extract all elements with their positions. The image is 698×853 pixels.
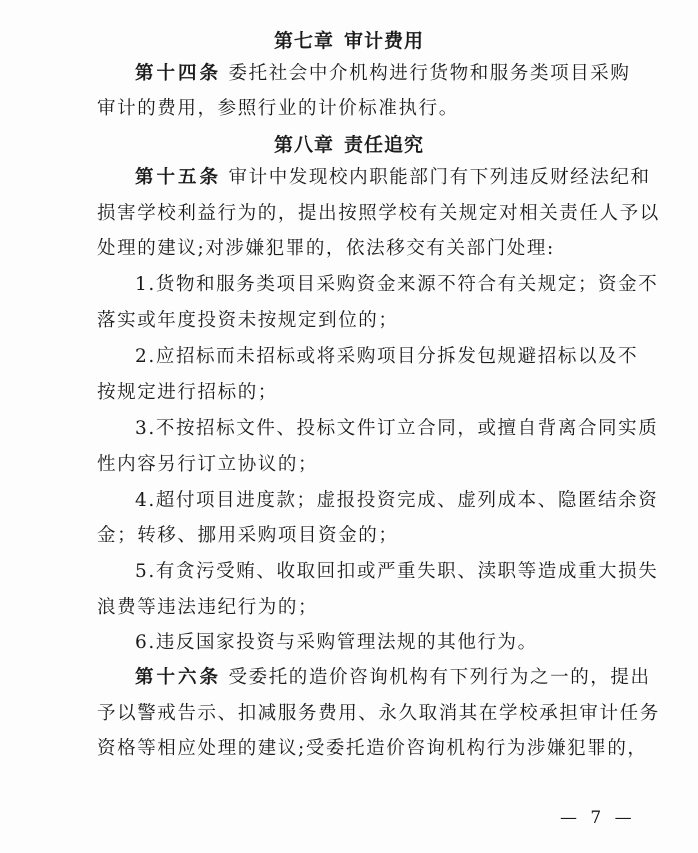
article-16-line-2: 予以警戒告示、扣减服务费用、永久取消其在学校承担审计任务	[97, 702, 657, 726]
chapter-heading-8: 第八章责任追究	[0, 130, 698, 157]
list-item-5-cont: 浪费等违法违纪行为的；	[97, 596, 657, 620]
article-text: 审计中发现校内职能部门有下列违反财经法纪和	[229, 167, 651, 188]
list-item-1: 1.货物和服务类项目采购资金来源不符合有关规定；资金不	[135, 273, 695, 297]
list-item-5: 5.有贪污受贿、收取回扣或严重失职、渎职等造成重大损失	[135, 560, 695, 584]
list-item-6: 6.违反国家投资与采购管理法规的其他行为。	[135, 631, 695, 655]
article-label: 第十五条	[135, 167, 221, 188]
list-item-3: 3.不按招标文件、投标文件订立合同，或擅自背离合同实质	[135, 417, 695, 441]
article-label: 第十六条	[135, 667, 221, 688]
article-15-line-1: 第十五条 审计中发现校内职能部门有下列违反财经法纪和	[135, 166, 695, 190]
list-item-2: 2.应招标而未招标或将采购项目分拆发包规避招标以及不	[135, 345, 695, 369]
list-item-4-cont: 金；转移、挪用采购项目资金的；	[97, 524, 657, 548]
document-page: 第七章审计费用 第十四条 委托社会中介机构进行货物和服务类项目采购 审计的费用，…	[0, 0, 698, 853]
article-text: 受委托的造价咨询机构有下列行为之一的，提出	[229, 667, 651, 688]
article-label: 第十四条	[135, 63, 221, 84]
list-item-2-cont: 按规定进行招标的；	[97, 381, 657, 405]
chapter-number: 第八章	[274, 134, 334, 156]
article-16-line-3: 资格等相应处理的建议;受委托造价咨询机构行为涉嫌犯罪的，	[97, 737, 657, 761]
list-item-3-cont: 性内容另行订立协议的；	[97, 453, 657, 477]
chapter-title: 审计费用	[344, 30, 424, 52]
article-16-line-1: 第十六条 受委托的造价咨询机构有下列行为之一的，提出	[135, 666, 695, 690]
article-14-line-1: 第十四条 委托社会中介机构进行货物和服务类项目采购	[135, 62, 695, 86]
chapter-title: 责任追究	[344, 134, 424, 156]
article-15-line-2: 损害学校利益行为的，提出按照学校有关规定对相关责任人予以	[97, 202, 657, 226]
article-text: 委托社会中介机构进行货物和服务类项目采购	[229, 63, 631, 84]
list-item-1-cont: 落实或年度投资未按规定到位的；	[97, 309, 657, 333]
page-number: — 7 —	[560, 808, 636, 828]
chapter-number: 第七章	[274, 30, 334, 52]
article-15-line-3: 处理的建议;对涉嫌犯罪的，依法移交有关部门处理:	[97, 237, 657, 261]
chapter-heading-7: 第七章审计费用	[0, 26, 698, 53]
list-item-4: 4.超付项目进度款；虚报投资完成、虚列成本、隐匿结余资	[135, 489, 695, 513]
article-14-line-2: 审计的费用，参照行业的计价标准执行。	[97, 97, 657, 121]
